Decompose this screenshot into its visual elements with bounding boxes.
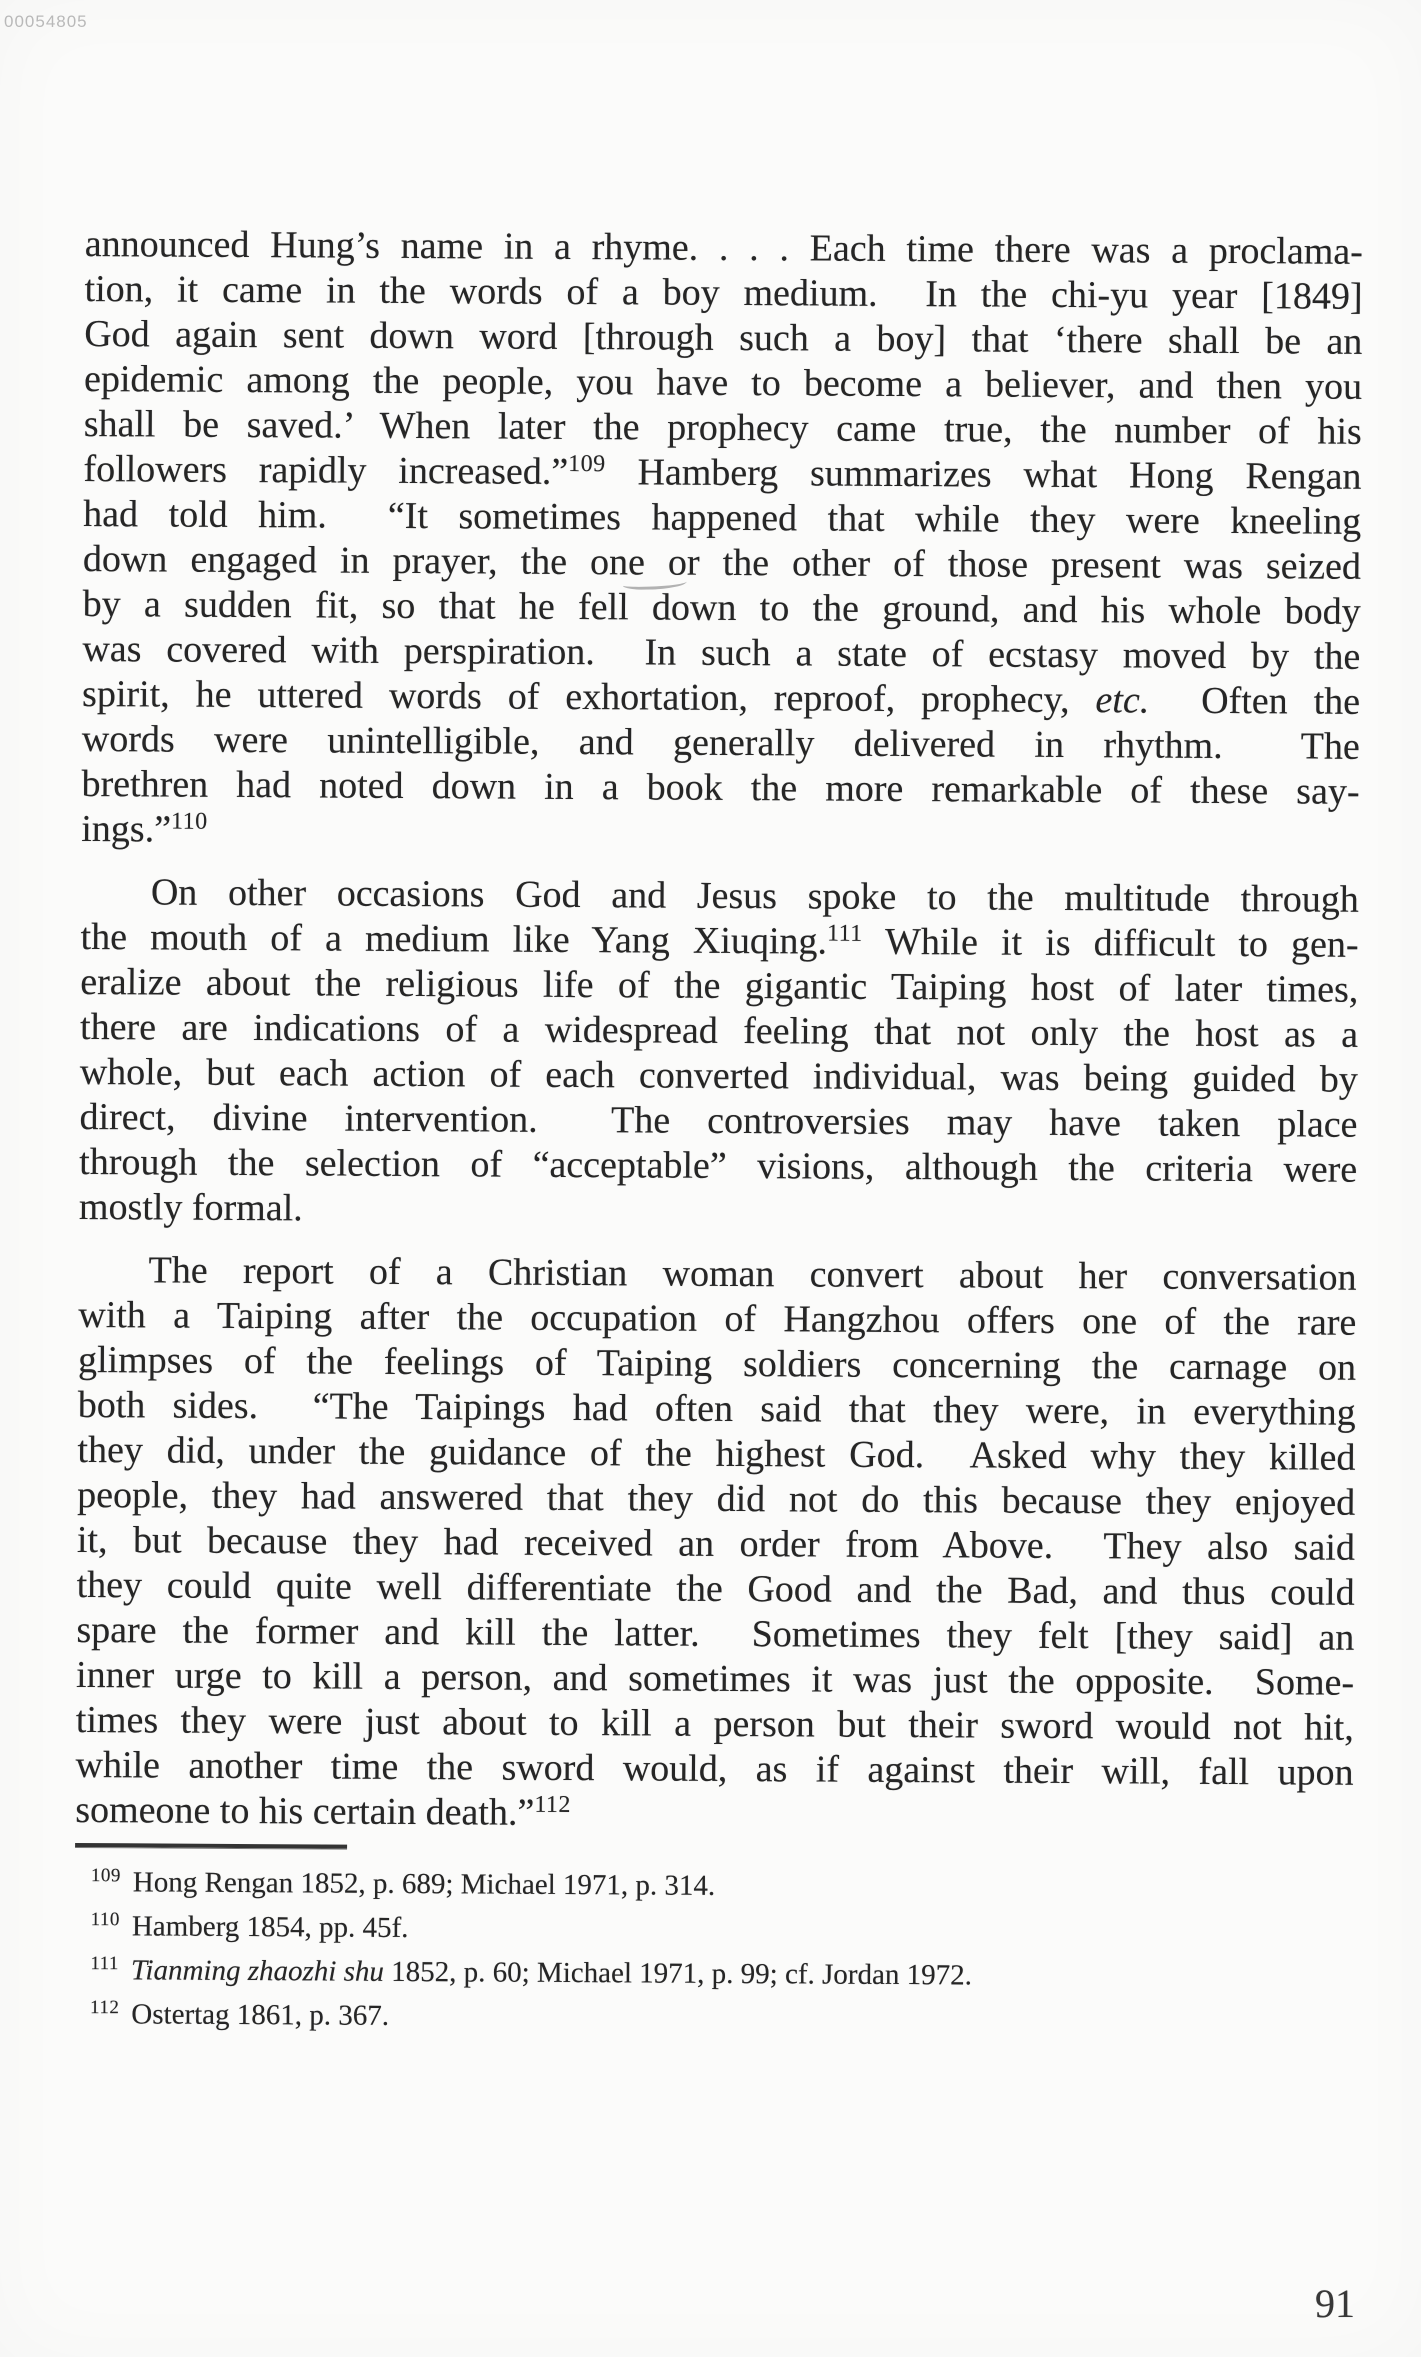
footnote-number: 111 [90, 1953, 119, 1974]
text-run: both sides. “The Taipings had often said… [78, 1384, 1356, 1434]
paragraph: On other occasions God and Jesus spoke t… [79, 870, 1359, 1238]
body-line: through the selection of “acceptable” vi… [79, 1140, 1357, 1193]
body-line: spirit, he uttered words of exhortation,… [82, 672, 1360, 725]
text-run: On other occasions God and Jesus spoke t… [151, 871, 1359, 920]
footnote-number: 112 [90, 1997, 119, 2018]
text-run: Hong Rengan 1852, p. 689; Michael 1971, … [133, 1866, 716, 1902]
text-run: was covered with perspiration. In such a… [82, 628, 1360, 678]
body-line: ings.”110 [81, 807, 1359, 860]
body-line: shall be saved.’ When later the prophecy… [84, 402, 1362, 455]
footnote-reference: 112 [534, 1792, 571, 1818]
text-run: down engaged in prayer, the one or the o… [83, 538, 1361, 588]
text-run: etc. [1095, 679, 1149, 721]
body-line: down engaged in prayer, the one or the o… [83, 537, 1361, 590]
text-run: Tianming zhaozhi shu [131, 1954, 384, 1988]
body-line: both sides. “The Taipings had often said… [78, 1383, 1356, 1436]
body-line: brethren had noted down in a book the mo… [81, 762, 1359, 815]
page-content: announced Hung’s name in a rhyme. . . . … [74, 222, 1363, 2046]
text-run: epidemic among the people, you have to b… [84, 358, 1362, 408]
footnote-item: 111Tianming zhaozhi shu 1852, p. 60; Mic… [74, 1950, 1352, 2002]
text-run: brethren had noted down in a book the mo… [81, 763, 1359, 813]
paragraph: The report of a Christian woman convert … [75, 1248, 1357, 1841]
body-line: it, but because they had received an ord… [77, 1518, 1355, 1571]
text-run: ings.” [81, 808, 171, 851]
text-run: times they were just about to kill a per… [76, 1699, 1354, 1749]
footnote-reference: 111 [827, 921, 863, 947]
body-text: announced Hung’s name in a rhyme. . . . … [75, 222, 1363, 1841]
footnote-reference: 110 [171, 809, 208, 835]
text-run: by a sudden fit, so that he fell down to… [83, 583, 1361, 633]
text-run: had told him. “It sometimes happened tha… [83, 493, 1361, 543]
text-run: it, but because they had received an ord… [77, 1519, 1355, 1569]
text-run: there are indications of a widespread fe… [80, 1006, 1358, 1056]
text-run: mostly formal. [79, 1186, 303, 1229]
body-line: announced Hung’s name in a rhyme. . . . … [85, 222, 1363, 275]
body-line: people, they had answered that they did … [77, 1473, 1355, 1526]
footnote-item: 110Hamberg 1854, pp. 45f. [74, 1906, 1352, 1958]
body-line: eralize about the religious life of the … [80, 960, 1358, 1013]
body-line: The report of a Christian woman convert … [78, 1248, 1356, 1301]
text-run: Hamberg summarizes what Hong Rengan [606, 451, 1362, 498]
body-line: there are indications of a widespread fe… [80, 1005, 1358, 1058]
text-run: Often the [1149, 680, 1360, 723]
text-run: through the selection of “acceptable” vi… [79, 1141, 1357, 1191]
body-line: the mouth of a medium like Yang Xiuqing.… [80, 915, 1358, 968]
body-line: glimpses of the feelings of Taiping sold… [78, 1338, 1356, 1391]
body-line: followers rapidly increased.”109 Hamberg… [83, 447, 1361, 500]
body-line: inner urge to kill a person, and sometim… [76, 1653, 1354, 1706]
body-line: while another time the sword would, as i… [75, 1743, 1353, 1796]
footnotes-list: 109Hong Rengan 1852, p. 689; Michael 197… [74, 1862, 1353, 2046]
text-run: words were unintelligible, and generally… [82, 718, 1360, 768]
text-run: inner urge to kill a person, and sometim… [76, 1654, 1354, 1704]
text-run: direct, divine intervention. The controv… [79, 1096, 1357, 1146]
footnote-number: 110 [91, 1909, 120, 1930]
body-line: whole, but each action of each converted… [80, 1050, 1358, 1103]
footnote-item: 109Hong Rengan 1852, p. 689; Michael 197… [75, 1862, 1353, 1914]
body-line: times they were just about to kill a per… [76, 1698, 1354, 1751]
text-run: spirit, he uttered words of exhortation,… [82, 673, 1096, 721]
scanned-book-page: 00054805 announced Hung’s name in a rhym… [0, 0, 1421, 2357]
text-run: tion, it came in the words of a boy medi… [84, 268, 1362, 318]
body-line: God again sent down word [through such a… [84, 312, 1362, 365]
page-number: 91 [1315, 2280, 1355, 2327]
body-line: someone to his certain death.”112 [75, 1788, 1353, 1841]
body-line: by a sudden fit, so that he fell down to… [83, 582, 1361, 635]
text-run: they did, under the guidance of the high… [77, 1429, 1355, 1479]
body-line: mostly formal. [79, 1185, 1357, 1238]
body-line: had told him. “It sometimes happened tha… [83, 492, 1361, 545]
footnote-item: 112Ostertag 1861, p. 367. [74, 1994, 1352, 2046]
text-run: While it is difficult to gen- [863, 921, 1359, 966]
text-run: they could quite well differentiate the … [77, 1564, 1355, 1614]
text-run: Ostertag 1861, p. 367. [131, 1998, 389, 2032]
paragraph: announced Hung’s name in a rhyme. . . . … [81, 222, 1363, 860]
text-run: someone to his certain death.” [75, 1789, 534, 1834]
text-run: with a Taiping after the occupation of H… [78, 1294, 1356, 1344]
body-line: direct, divine intervention. The controv… [79, 1095, 1357, 1148]
body-line: epidemic among the people, you have to b… [84, 357, 1362, 410]
text-run: spare the former and kill the latter. So… [76, 1609, 1354, 1659]
body-line: spare the former and kill the latter. So… [76, 1608, 1354, 1661]
text-run: announced Hung’s name in a rhyme. . . . … [85, 223, 1363, 273]
body-line: was covered with perspiration. In such a… [82, 627, 1360, 680]
text-run: followers rapidly increased.” [83, 448, 568, 493]
text-run: shall be saved.’ When later the prophecy… [84, 403, 1362, 453]
text-run: Hamberg 1854, pp. 45f. [132, 1910, 409, 1944]
text-run: glimpses of the feelings of Taiping sold… [78, 1339, 1356, 1389]
text-run: eralize about the religious life of the … [80, 961, 1358, 1011]
text-run: 1852, p. 60; Michael 1971, p. 99; cf. Jo… [384, 1956, 972, 1992]
scan-stamp-number: 00054805 [4, 12, 88, 32]
footnote-reference: 109 [568, 451, 606, 477]
footnote-number: 109 [91, 1865, 121, 1886]
text-run: while another time the sword would, as i… [75, 1744, 1353, 1794]
body-line: with a Taiping after the occupation of H… [78, 1293, 1356, 1346]
text-run: whole, but each action of each converted… [80, 1051, 1358, 1101]
text-run: people, they had answered that they did … [77, 1474, 1355, 1524]
body-line: they did, under the guidance of the high… [77, 1428, 1355, 1481]
text-run: the mouth of a medium like Yang Xiuqing. [81, 916, 828, 963]
text-run: God again sent down word [through such a… [84, 313, 1362, 363]
body-line: words were unintelligible, and generally… [82, 717, 1360, 770]
body-line: tion, it came in the words of a boy medi… [84, 267, 1362, 320]
footnote-separator-rule [75, 1843, 347, 1850]
body-line: On other occasions God and Jesus spoke t… [81, 870, 1359, 923]
text-run: The report of a Christian woman convert … [148, 1249, 1356, 1298]
body-line: they could quite well differentiate the … [77, 1563, 1355, 1616]
